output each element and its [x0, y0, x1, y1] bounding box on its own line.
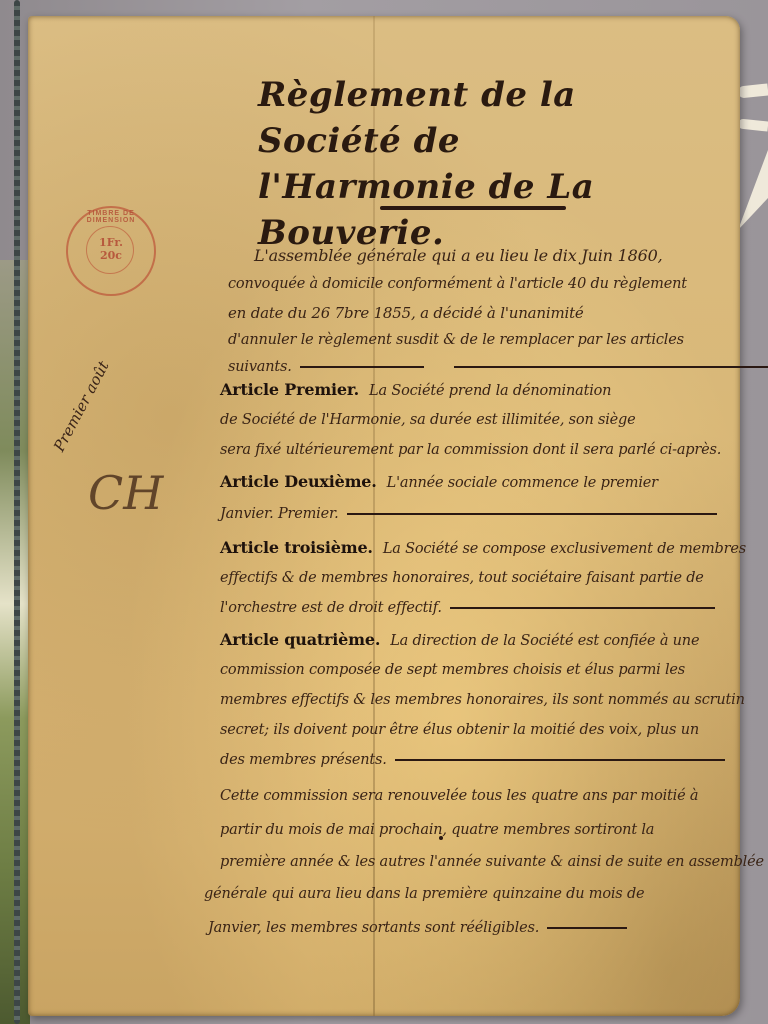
article-line: l'orchestre est de droit effectif.: [220, 600, 715, 616]
article-line: partir du mois de mai prochain, quatre m…: [220, 822, 654, 838]
article-line: membres effectifs & les membres honorair…: [220, 692, 745, 708]
document-page: Règlement de la Société de l'Harmonie de…: [28, 16, 740, 1016]
article-text: L'année sociale commence le premier: [387, 475, 658, 491]
fill-rule: [547, 927, 627, 929]
preamble-line: en date du 26 7bre 1855, a décidé à l'un…: [228, 304, 584, 322]
article-text: Janvier, les membres sortants sont rééli…: [208, 920, 539, 936]
fill-rule: [454, 366, 768, 368]
fill-rule: [450, 607, 715, 609]
stamp-value-francs: 1Fr.: [68, 236, 154, 249]
preamble-line: L'assemblée générale qui a eu lieu le di…: [254, 246, 662, 265]
stamp-value: 1Fr. 20c: [68, 236, 154, 262]
preamble-line: suivants.: [228, 359, 768, 375]
article-text: Janvier. Premier.: [220, 506, 339, 522]
title-line-1: Règlement de la Société de: [258, 72, 728, 164]
article-line: de Société de l'Harmonie, sa durée est i…: [220, 412, 636, 428]
article-3: Article troisième.La Société se compose …: [220, 538, 746, 557]
article-line: Janvier. Premier.: [220, 506, 717, 522]
stamp-value-centimes: 20c: [68, 249, 154, 262]
article-line: Janvier, les membres sortants sont rééli…: [208, 920, 627, 936]
article-heading: Article Deuxième.: [220, 472, 377, 491]
preamble-line: convoquée à domicile conformément à l'ar…: [228, 276, 687, 292]
article-4: Article quatrième.La direction de la Soc…: [220, 630, 699, 649]
article-line: sera fixé ultérieurement par la commissi…: [220, 442, 721, 458]
background-fabric-right: [738, 150, 768, 230]
article-text: des membres présents.: [220, 752, 387, 768]
fill-rule: [347, 513, 717, 515]
article-text: La Société se compose exclusivement de m…: [383, 541, 746, 557]
margin-note: Premier août: [50, 358, 113, 454]
article-heading: Article Premier.: [220, 380, 359, 399]
article-line: commission composée de sept membres choi…: [220, 662, 685, 678]
stamp-ring-text: TIMBRE DE DIMENSION: [68, 210, 154, 224]
background-fabric-right: [738, 118, 768, 131]
article-line: des membres présents.: [220, 752, 725, 768]
article-heading: Article quatrième.: [220, 630, 380, 649]
article-text: La Société prend la dénomination: [369, 383, 611, 399]
preamble-line: d'annuler le règlement susdit & de le re…: [228, 332, 684, 348]
document-title: Règlement de la Société de l'Harmonie de…: [258, 72, 728, 256]
preamble-line-text: suivants.: [228, 359, 292, 375]
background-fabric-right: [737, 83, 768, 98]
title-underline: [380, 206, 566, 210]
article-text: La direction de la Société est confiée à…: [390, 633, 699, 649]
revenue-stamp: TIMBRE DE DIMENSION 1Fr. 20c: [66, 206, 156, 296]
article-heading: Article troisième.: [220, 538, 373, 557]
article-text: l'orchestre est de droit effectif.: [220, 600, 442, 616]
article-line: première année & les autres l'année suiv…: [220, 854, 764, 870]
ink-spot: [439, 836, 443, 840]
fill-rule: [300, 366, 424, 368]
article-2: Article Deuxième.L'année sociale commenc…: [220, 472, 658, 491]
article-line: effectifs & de membres honoraires, tout …: [220, 570, 704, 586]
margin-initials: CH: [88, 466, 163, 520]
article-1: Article Premier.La Société prend la déno…: [220, 380, 611, 399]
title-line-2: l'Harmonie de La Bouverie.: [258, 164, 728, 256]
binding-string: [14, 0, 20, 1024]
article-line: secret; ils doivent pour être élus obten…: [220, 722, 699, 738]
article-line: générale qui aura lieu dans la première …: [204, 886, 644, 902]
fill-rule: [395, 759, 725, 761]
article-line: Cette commission sera renouvelée tous le…: [220, 788, 698, 804]
